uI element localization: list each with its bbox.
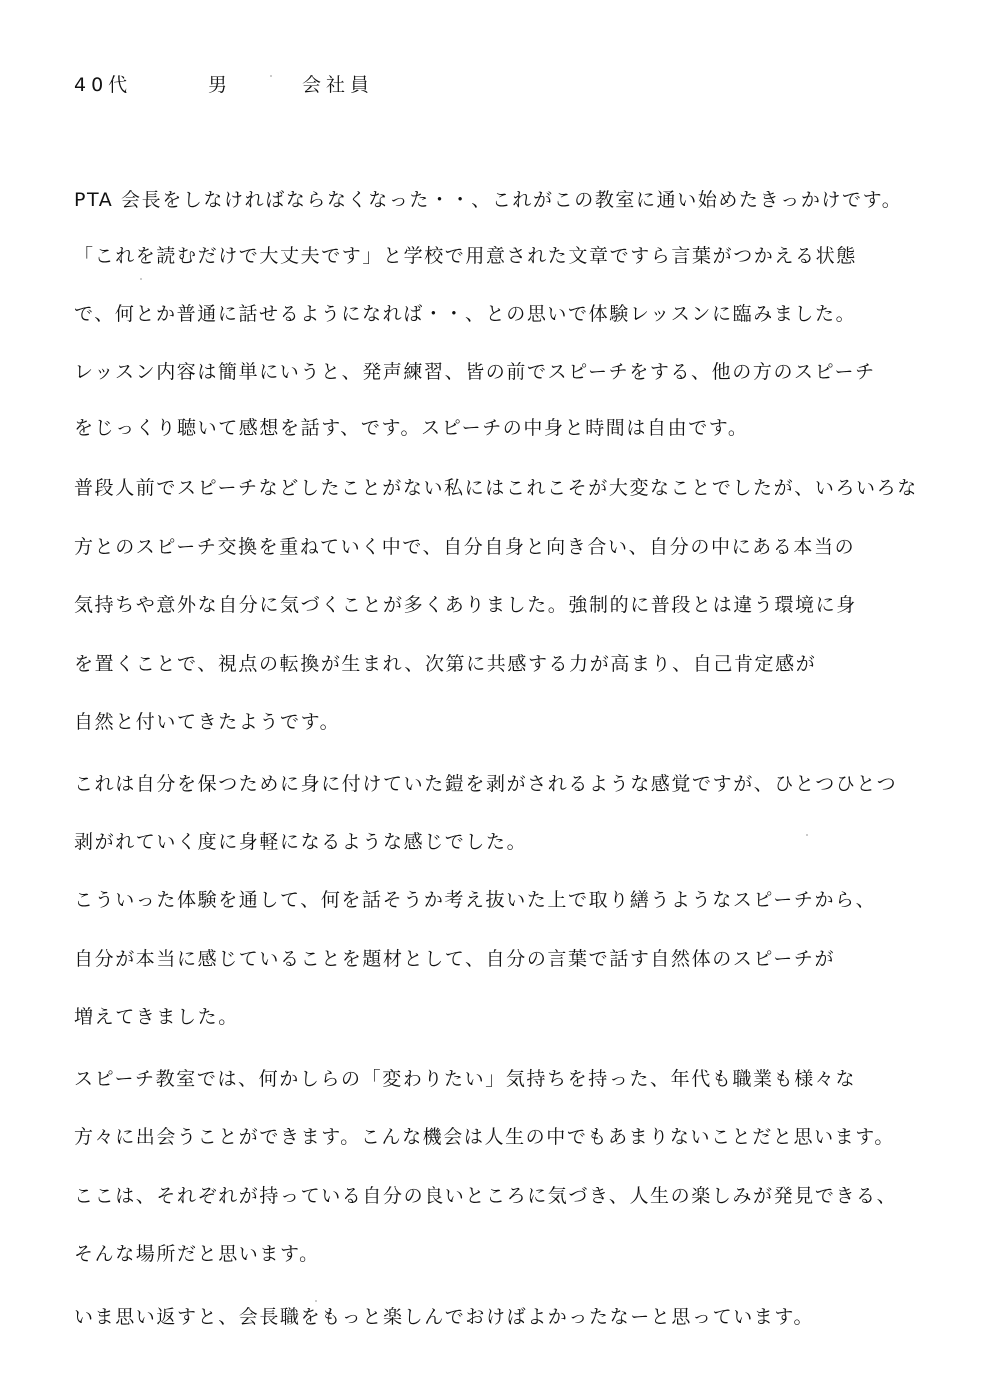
text-line: PTA 会長をしなければならなくなった・・、これがこの教室に通い始めたきっかけで…: [74, 187, 902, 213]
respondent-age: 40代: [74, 70, 132, 97]
scan-speck: [806, 834, 808, 836]
scan-speck: [140, 278, 142, 280]
respondent-gender: 男: [208, 70, 232, 97]
text-line: いま思い返すと、会長職をもっと楽しんでおけばよかったなーと思っています。: [74, 1304, 814, 1330]
text-line: これは自分を保つために身に付けていた鎧を剥がされるような感覚ですが、ひとつひとつ: [74, 771, 897, 797]
text-line: 増えてきました。: [74, 1004, 239, 1030]
text-line: 方々に出会うことができます。こんな機会は人生の中でもあまりないことだと思います。: [74, 1124, 895, 1150]
text-line: ここは、それぞれが持っている自分の良いところに気づき、人生の楽しみが発見できる、: [74, 1183, 897, 1209]
text-line: スピーチ教室では、何かしらの「変わりたい」気持ちを持った、年代も職業も様々な: [74, 1066, 856, 1092]
scanned-document-page: 40代 男 会社員 PTA 会長をしなければならなくなった・・、これがこの教室に…: [0, 0, 1000, 1400]
scan-speck: [270, 75, 272, 77]
text-line: 自然と付いてきたようです。: [74, 709, 340, 735]
text-line: 普段人前でスピーチなどしたことがない私にはこれこそが大変なことでしたが、いろいろ…: [74, 475, 918, 501]
respondent-occupation: 会社員: [302, 70, 374, 97]
text-line: そんな場所だと思います。: [74, 1241, 320, 1267]
text-line: 自分が本当に感じていることを題材として、自分の言葉で話す自然体のスピーチが: [74, 946, 835, 972]
text-line: 剥がれていく度に身軽になるような感じでした。: [74, 829, 527, 855]
text-line: をじっくり聴いて感想を話す、です。スピーチの中身と時間は自由です。: [74, 415, 748, 441]
text-line: を置くことで、視点の転換が生まれ、次第に共感する力が高まり、自己肯定感が: [74, 651, 816, 677]
text-line: こういった体験を通して、何を話そうか考え抜いた上で取り繕うようなスピーチから、: [74, 887, 876, 913]
text-line: 方とのスピーチ交換を重ねていく中で、自分自身と向き合い、自分の中にある本当の: [74, 534, 855, 560]
scan-speck: [315, 1300, 317, 1302]
text-line: レッスン内容は簡単にいうと、発声練習、皆の前でスピーチをする、他の方のスピーチ: [74, 359, 876, 385]
text-line: 気持ちや意外な自分に気づくことが多くありました。強制的に普段とは違う環境に身: [74, 592, 857, 618]
text-line: で、何とか普通に話せるようになれば・・、との思いで体験レッスンに臨みました。: [74, 301, 856, 327]
text-line: 「これを読むだけで大丈夫です」と学校で用意された文章ですら言葉がつかえる状態: [74, 243, 857, 269]
